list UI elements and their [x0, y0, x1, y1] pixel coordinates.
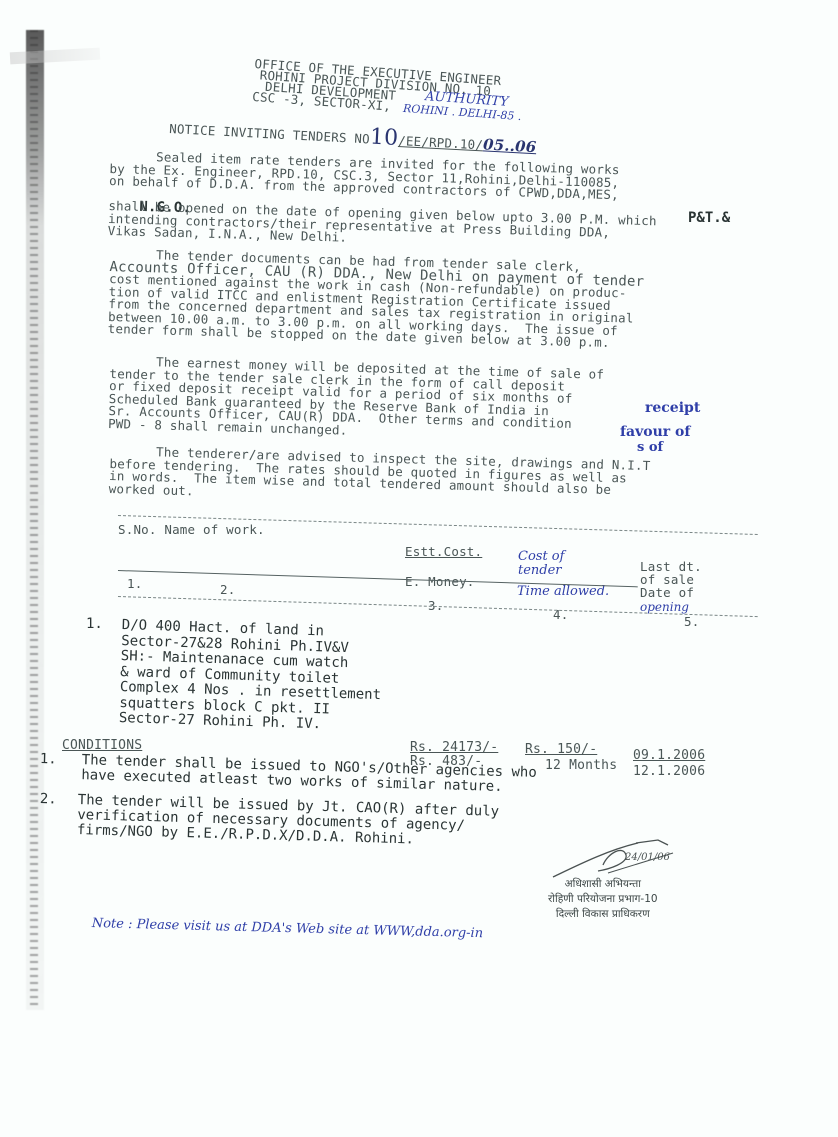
header-cost-of-tender: Cost of tender	[518, 550, 593, 578]
conditions-title: CONDITIONS	[62, 738, 142, 753]
row-date-opening: 12.1.2006	[633, 764, 705, 779]
header-time-allowed: Time allowed.	[517, 584, 609, 599]
header-sno-name: S.No. Name of work.	[118, 522, 265, 537]
row-time-allowed: 12 Months	[545, 758, 617, 773]
cost-of-tender-value: Rs. 150/-	[525, 742, 597, 757]
paper-fold-mark	[10, 48, 101, 65]
stamp-line: रोहिणी परियोजना प्रभाग-10	[548, 892, 658, 907]
cost-of-tender-label: Cost of tender	[518, 549, 564, 578]
row-estt-cost: Rs. 24173/-	[410, 740, 498, 755]
signature-date: 24/01/06	[625, 852, 670, 863]
header-estt-cost: Estt.Cost.	[405, 544, 482, 559]
designation-stamp: अधिशासी अभियन्ता रोहिणी परियोजना प्रभाग-…	[548, 877, 658, 922]
scan-shadow-edge	[26, 30, 44, 1010]
row-cost-of-tender: Rs. 150/-	[525, 742, 597, 757]
condition-number: 1.	[40, 752, 57, 767]
last-date-sale-value: 09.1.2006	[633, 748, 705, 763]
col-num-1: 1.	[127, 576, 142, 591]
col-num-2: 2.	[220, 582, 235, 597]
condition-2: 2. The tender will be issued by Jt. CAO(…	[39, 792, 500, 850]
col-num-5: 5.	[684, 614, 699, 629]
handwritten-note: Note : Please visit us at DDA's Web site…	[92, 916, 484, 941]
hand-s-of: s of	[637, 440, 663, 455]
pt-insert: P&T.&	[688, 210, 730, 226]
row-last-date-sale: 09.1.2006	[633, 748, 705, 763]
stamp-line: अधिशासी अभियन्ता	[548, 877, 658, 892]
header-last-date: Last dt. of sale Date of	[640, 560, 702, 599]
stamp-line: दिल्ली विकास प्राधिकरण	[548, 907, 658, 922]
paragraph-tender-documents: The tender documents can be had from ten…	[108, 248, 720, 352]
notice-number-hand: 10	[369, 125, 399, 151]
row-sno: 1.	[86, 616, 103, 632]
estt-cost-value: Rs. 24173/-	[410, 740, 498, 755]
paragraph-advice: The tenderer/are advised to inspect the …	[109, 445, 720, 512]
notice-number-date: 05..06	[483, 135, 537, 156]
notice-number-typed: /EE/RPD.10/	[398, 133, 484, 152]
row-name-of-work: D/O 400 Hact. of land in Sector-27&28 Ro…	[119, 618, 384, 735]
paragraph-invitation: Sealed item rate tenders are invited for…	[108, 150, 720, 254]
notice-label: NOTICE INVITING TENDERS NO	[169, 121, 370, 146]
hand-receipt: receipt	[645, 400, 700, 416]
hand-favour: favour of	[620, 424, 690, 440]
condition-number: 2.	[40, 792, 57, 807]
date-of-label: Date of	[640, 586, 702, 599]
